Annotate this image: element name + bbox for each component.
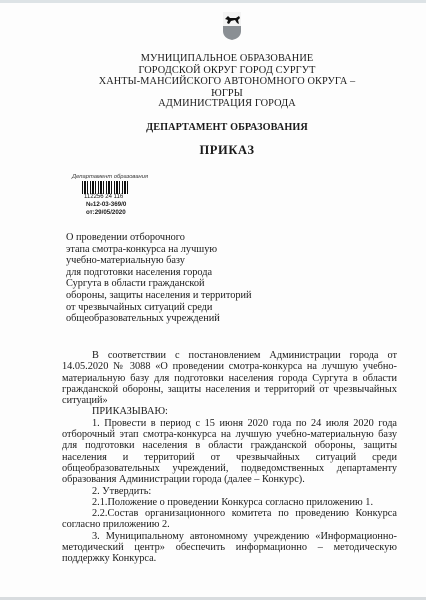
registration-stamp: Департамент образования 112256 24 116 №1… [72,174,158,216]
order-item-2-2: 2.2.Состав организационного комитета по … [62,508,397,531]
order-item-3: 3. Муниципальному автономному учреждению… [62,531,397,565]
order-item-2-1: 2.1.Положение о проведении Конкурса согл… [62,497,397,508]
document-type-title: ПРИКАЗ [96,143,358,158]
surgut-coat-of-arms-icon [222,11,242,41]
order-item-1: 1. Провести в период с 15 июня 2020 года… [62,418,397,486]
preamble-paragraph: В соответствии с постановлением Админист… [62,350,397,406]
order-subject: О проведении отборочного этапа смотра-ко… [66,232,252,325]
header-line-1: МУНИЦИПАЛЬНОЕ ОБРАЗОВАНИЕ [96,53,358,65]
barcode-icon [82,181,130,194]
subject-line: общеобразовательных учреждений [66,313,252,325]
header-municipality: МУНИЦИПАЛЬНОЕ ОБРАЗОВАНИЕ ГОРОДСКОЙ ОКРУ… [96,53,358,99]
order-item-2: 2. Утвердить: [62,486,397,497]
subject-line: этапа смотра-конкурса на лучшую [66,244,252,256]
header-administration: АДМИНИСТРАЦИЯ ГОРОДА [96,98,358,109]
header-line-3: ХАНТЫ-МАНСИЙСКОГО АВТОНОМНОГО ОКРУГА – Ю… [96,76,358,99]
subject-line: обороны, защиты населения и территорий [66,290,252,302]
stamp-department: Департамент образования [72,174,158,180]
header-line-2: ГОРОДСКОЙ ОКРУГ ГОРОД СУРГУТ [96,65,358,77]
order-body: В соответствии с постановлением Админист… [62,350,397,565]
stamp-date: от:29/05/2020 [86,209,158,217]
document-page: МУНИЦИПАЛЬНОЕ ОБРАЗОВАНИЕ ГОРОДСКОЙ ОКРУ… [0,0,426,600]
stamp-registration-number: №12-03-369/0 [86,201,158,209]
subject-line: Сургута в области гражданской [66,278,252,290]
header-department: ДЕПАРТАМЕНТ ОБРАЗОВАНИЯ [96,122,358,133]
subject-line: от чрезвычайных ситуаций среди [66,302,252,314]
subject-line: О проведении отборочного [66,232,252,244]
subject-line: учебно-материальную базу [66,255,252,267]
stamp-barcode-number: 112256 24 116 [84,194,158,201]
order-word: ПРИКАЗЫВАЮ: [62,406,397,417]
subject-line: для подготовки населения города [66,267,252,279]
